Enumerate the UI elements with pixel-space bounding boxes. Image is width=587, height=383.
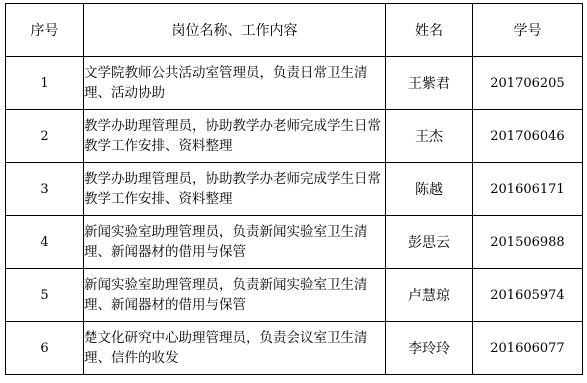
table-row: 6 楚文化研究中心助理管理员，负责会议室卫生清理、信件的收发 李玲玲 20160…	[6, 322, 583, 375]
row-index: 6	[6, 322, 84, 375]
table-row: 2 教学办助理管理员，协助教学办老师完成学生日常教学工作安排、资料整理 王杰 2…	[6, 110, 583, 163]
row-duty: 教学办助理管理员，协助教学办老师完成学生日常教学工作安排、资料整理	[84, 110, 386, 163]
row-duty: 楚文化研究中心助理管理员，负责会议室卫生清理、信件的收发	[84, 322, 386, 375]
table-row: 3 教学办助理管理员，协助教学办老师完成学生日常教学工作安排、资料整理 陈越 2…	[6, 163, 583, 216]
header-index: 序号	[6, 4, 84, 57]
row-index: 5	[6, 269, 84, 322]
row-student-id: 201506988	[473, 216, 583, 269]
row-name: 王紫君	[386, 57, 473, 110]
row-duty: 教学办助理管理员，协助教学办老师完成学生日常教学工作安排、资料整理	[84, 163, 386, 216]
row-name: 李玲玲	[386, 322, 473, 375]
row-name: 彭思云	[386, 216, 473, 269]
row-student-id: 201605974	[473, 269, 583, 322]
row-index: 1	[6, 57, 84, 110]
row-name: 王杰	[386, 110, 473, 163]
row-name: 卢慧琼	[386, 269, 473, 322]
header-duty: 岗位名称、工作内容	[84, 4, 386, 57]
table-row: 5 新闻实验室助理管理员，负责新闻实验室卫生清理、新闻器材的借用与保管 卢慧琼 …	[6, 269, 583, 322]
table-row: 1 文学院教师公共活动室管理员，负责日常卫生清理、活动协助 王紫君 201706…	[6, 57, 583, 110]
row-student-id: 201706205	[473, 57, 583, 110]
row-index: 3	[6, 163, 84, 216]
row-student-id: 201606077	[473, 322, 583, 375]
header-row: 序号 岗位名称、工作内容 姓名 学号	[6, 4, 583, 57]
row-duty: 新闻实验室助理管理员，负责新闻实验室卫生清理、新闻器材的借用与保管	[84, 269, 386, 322]
row-duty: 新闻实验室助理管理员，负责新闻实验室卫生清理、新闻器材的借用与保管	[84, 216, 386, 269]
row-index: 2	[6, 110, 84, 163]
row-student-id: 201706046	[473, 110, 583, 163]
row-student-id: 201606171	[473, 163, 583, 216]
row-duty: 文学院教师公共活动室管理员，负责日常卫生清理、活动协助	[84, 57, 386, 110]
row-name: 陈越	[386, 163, 473, 216]
header-name: 姓名	[386, 4, 473, 57]
table-row: 4 新闻实验室助理管理员，负责新闻实验室卫生清理、新闻器材的借用与保管 彭思云 …	[6, 216, 583, 269]
row-index: 4	[6, 216, 84, 269]
student-assistant-table: 序号 岗位名称、工作内容 姓名 学号 1 文学院教师公共活动室管理员，负责日常卫…	[5, 3, 583, 375]
header-student-id: 学号	[473, 4, 583, 57]
